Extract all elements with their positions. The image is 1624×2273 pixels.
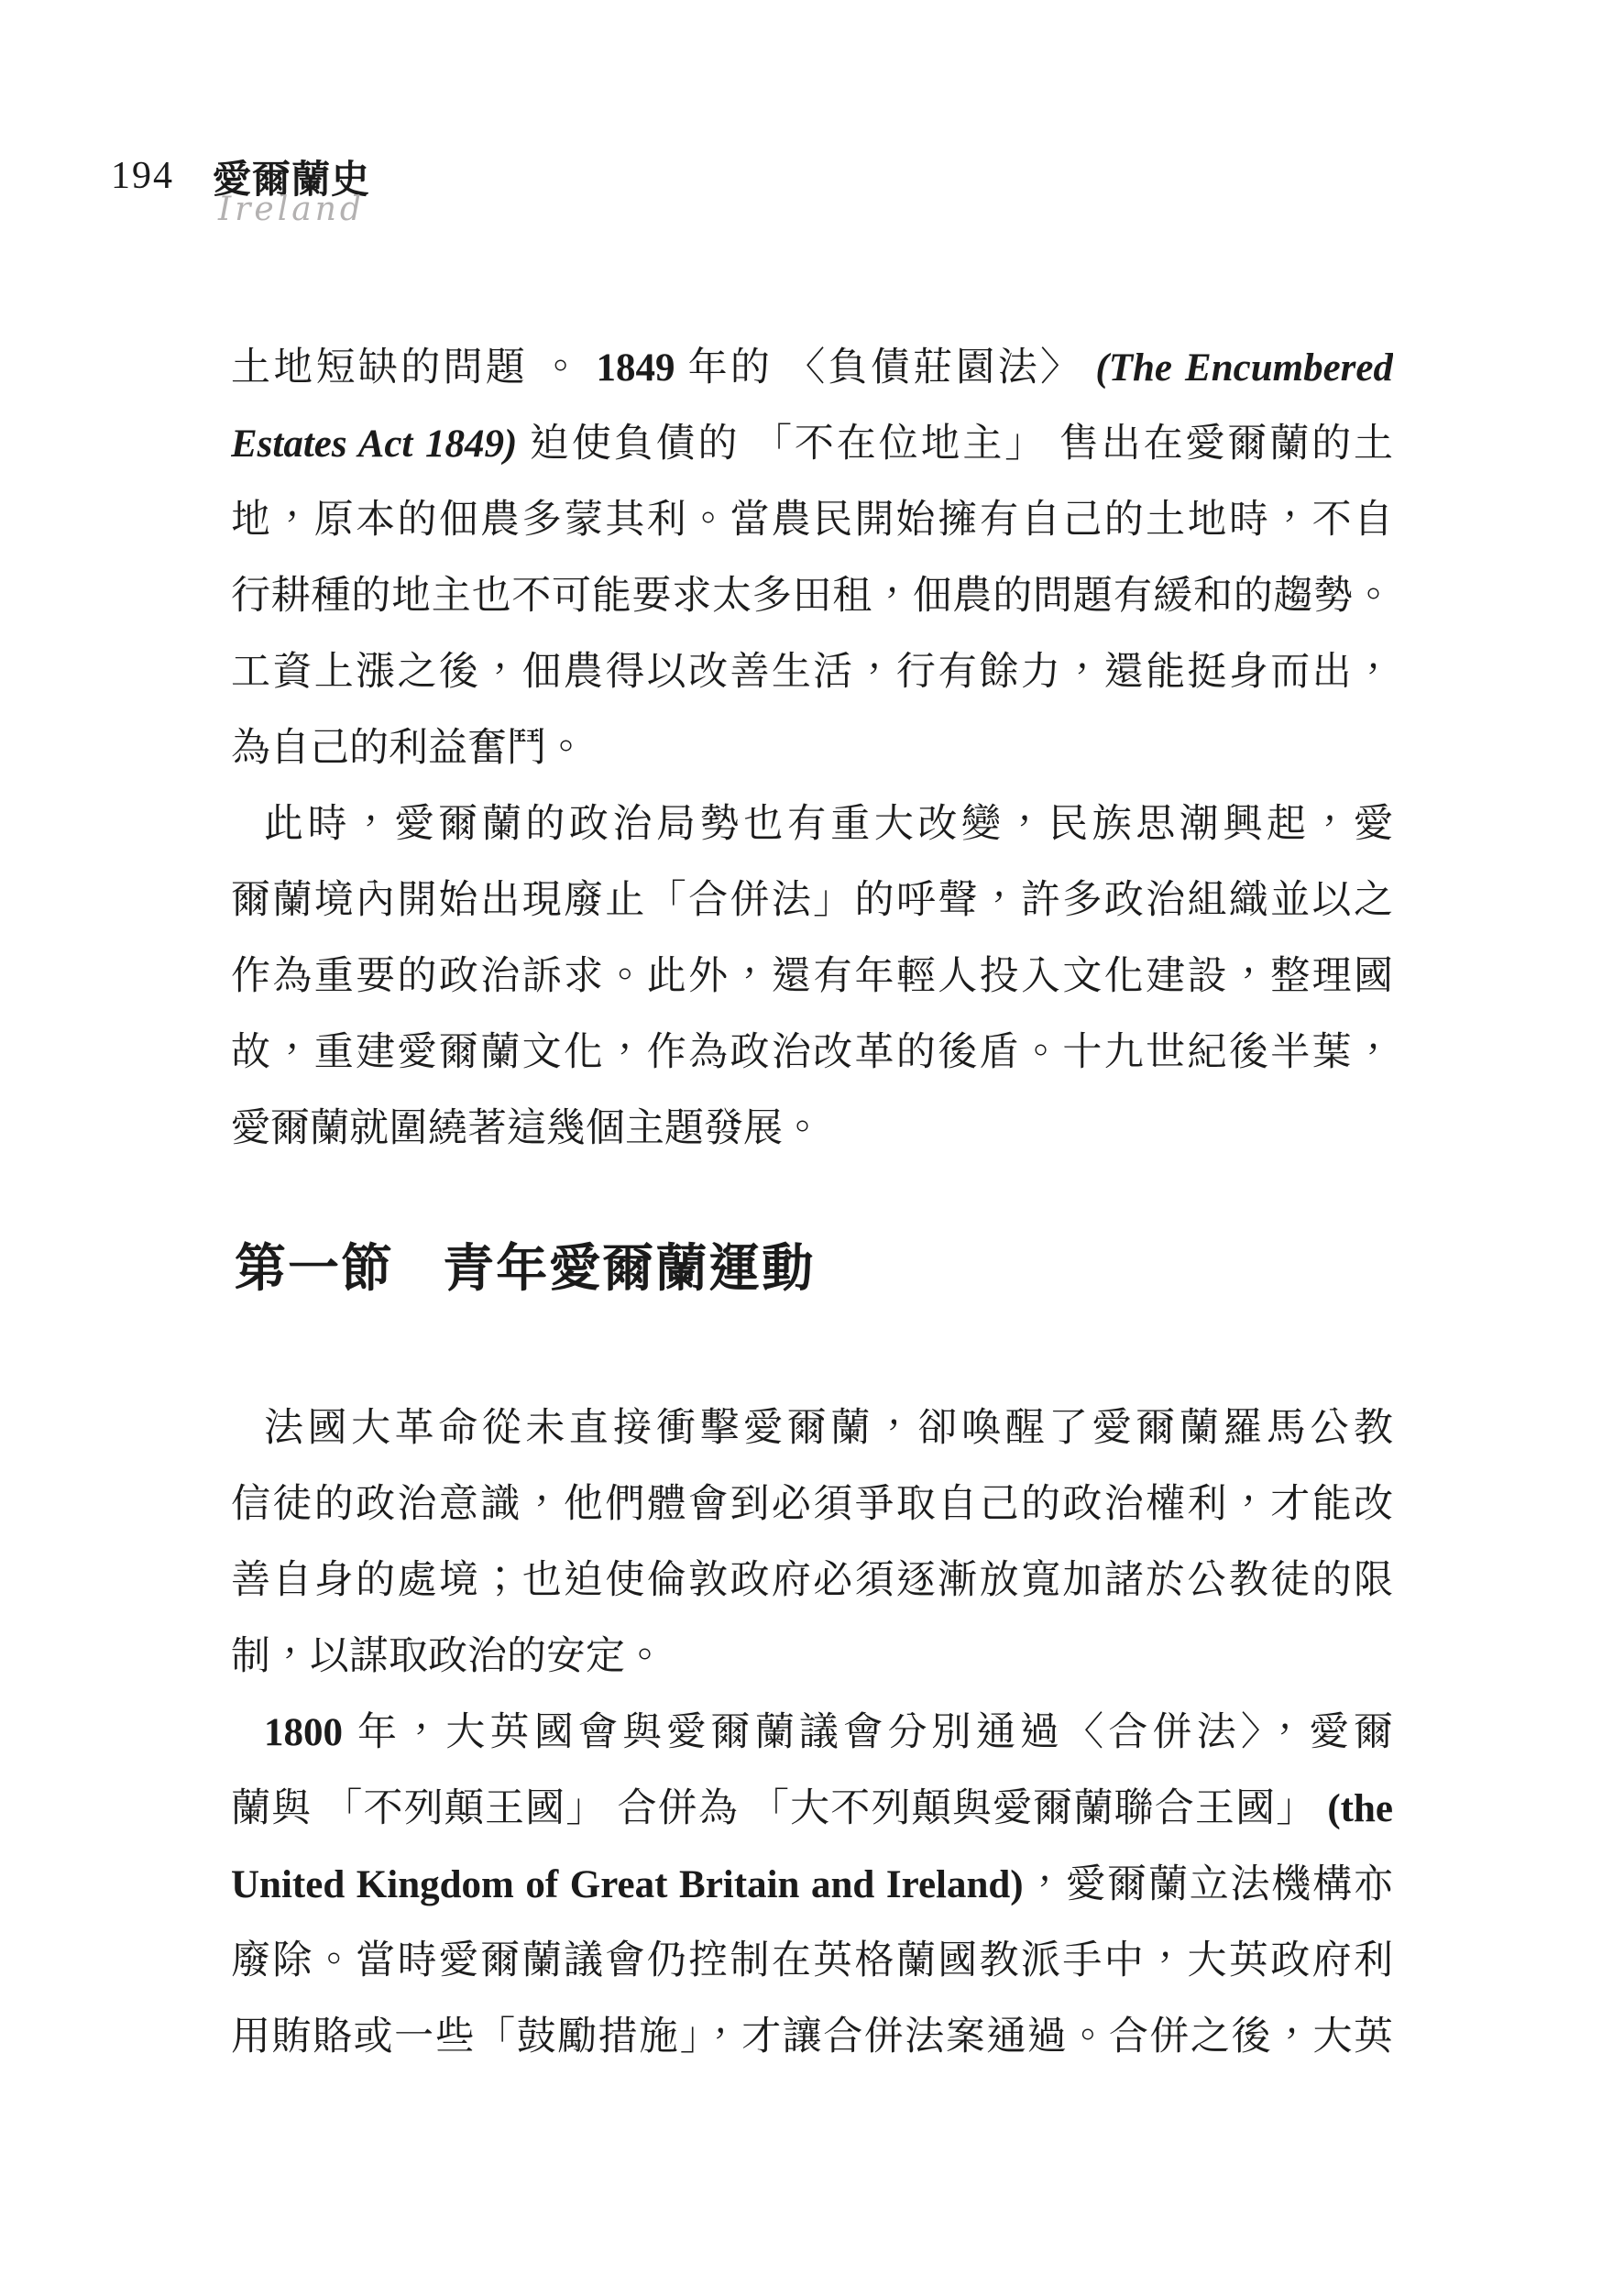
text-line: 為自己的利益奮鬥。 — [231, 710, 1393, 786]
paragraph-land-shortage: 土地短缺的問題 。 1849 年的 〈負債莊園法〉 (The Encumbere… — [231, 330, 1393, 786]
paragraph-political-change: 此時，愛爾蘭的政治局勢也有重大改變，民族思潮興起，愛 爾蘭境內開始出現廢止「合併… — [231, 786, 1393, 1167]
text-line: 蘭與 「不列顛王國」 合併為 「大不列顛與愛爾蘭聯合王國」 (the — [231, 1771, 1393, 1847]
text-line: Estates Act 1849) 迫使負債的 「不在位地主」 售出在愛爾蘭的土 — [231, 406, 1393, 482]
text-line: 法國大革命從未直接衝擊愛爾蘭，卻喚醒了愛爾蘭羅馬公教 — [231, 1390, 1393, 1466]
text-line: 行耕種的地主也不可能要求太多田租，佃農的問題有緩和的趨勢。 — [231, 558, 1393, 634]
text-line: 用賄賂或一些「鼓勵措施」，才讓合併法案通過。合併之後，大英 — [231, 1999, 1393, 2075]
text-line: 廢除。當時愛爾蘭議會仍控制在英格蘭國教派手中，大英政府利 — [231, 1923, 1393, 1999]
page-number: 194 — [111, 154, 174, 198]
text-line: 信徒的政治意識，他們體會到必須爭取自己的政治權利，才能改 — [231, 1466, 1393, 1543]
text-line: 制，以謀取政治的安定。 — [231, 1619, 1393, 1695]
text-line: United Kingdom of Great Britain and Irel… — [231, 1847, 1393, 1923]
text-line: 土地短缺的問題 。 1849 年的 〈負債莊園法〉 (The Encumbere… — [231, 330, 1393, 406]
text-line: 此時，愛爾蘭的政治局勢也有重大改變，民族思潮興起，愛 — [231, 786, 1393, 862]
text-line: 爾蘭境內開始出現廢止「合併法」的呼聲，許多政治組織並以之 — [231, 862, 1393, 939]
section-title: 青年愛爾蘭運動 — [443, 1239, 815, 1297]
page-header: 194 愛爾蘭史 Ireland — [0, 0, 1624, 238]
text-region-upper: 土地短缺的問題 。 1849 年的 〈負債莊園法〉 (The Encumbere… — [231, 330, 1393, 1167]
paragraph-act-of-union: 1800 年，大英國會與愛爾蘭議會分別通過〈合併法〉，愛爾 蘭與 「不列顛王國」… — [231, 1695, 1393, 2075]
text-region-lower: 法國大革命從未直接衝擊愛爾蘭，卻喚醒了愛爾蘭羅馬公教 信徒的政治意識，他們體會到… — [231, 1390, 1393, 2075]
section-heading: 第一節青年愛爾蘭運動 — [235, 1230, 815, 1306]
text-line: 地，原本的佃農多蒙其利。當農民開始擁有自己的土地時，不自 — [231, 482, 1393, 558]
book-title-english: Ireland — [218, 191, 365, 228]
book-page: 194 愛爾蘭史 Ireland 土地短缺的問題 。 1849 年的 〈負債莊園… — [0, 0, 1624, 2273]
text-line: 愛爾蘭就圍繞著這幾個主題發展。 — [231, 1091, 1393, 1167]
text-line: 工資上漲之後，佃農得以改善生活，行有餘力，還能挺身而出， — [231, 634, 1393, 710]
paragraph-french-revolution: 法國大革命從未直接衝擊愛爾蘭，卻喚醒了愛爾蘭羅馬公教 信徒的政治意識，他們體會到… — [231, 1390, 1393, 1695]
text-line: 1800 年，大英國會與愛爾蘭議會分別通過〈合併法〉，愛爾 — [231, 1695, 1393, 1771]
section-number: 第一節 — [235, 1239, 394, 1297]
text-line: 作為重要的政治訴求。此外，還有年輕人投入文化建設，整理國 — [231, 939, 1393, 1015]
text-line: 善自身的處境；也迫使倫敦政府必須逐漸放寬加諸於公教徒的限 — [231, 1543, 1393, 1619]
text-line: 故，重建愛爾蘭文化，作為政治改革的後盾。十九世紀後半葉， — [231, 1015, 1393, 1091]
